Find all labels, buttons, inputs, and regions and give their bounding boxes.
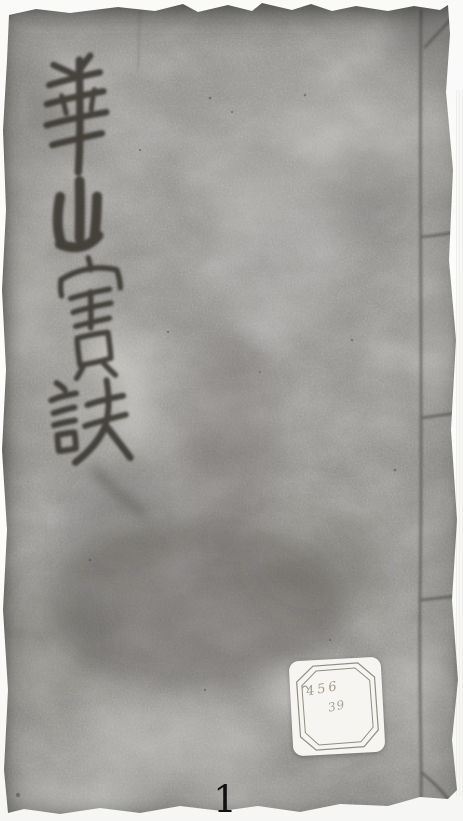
- page-number: 1: [203, 778, 247, 821]
- call-number-label: 456 39: [289, 657, 386, 757]
- page-edges-strip: [456, 90, 463, 796]
- title-calligraphy: 華山寶訣: [40, 42, 124, 482]
- book-cover: 華山寶訣 456 39: [0, 0, 463, 821]
- book-cover-photo: 華山寶訣 456 39 1: [0, 0, 463, 821]
